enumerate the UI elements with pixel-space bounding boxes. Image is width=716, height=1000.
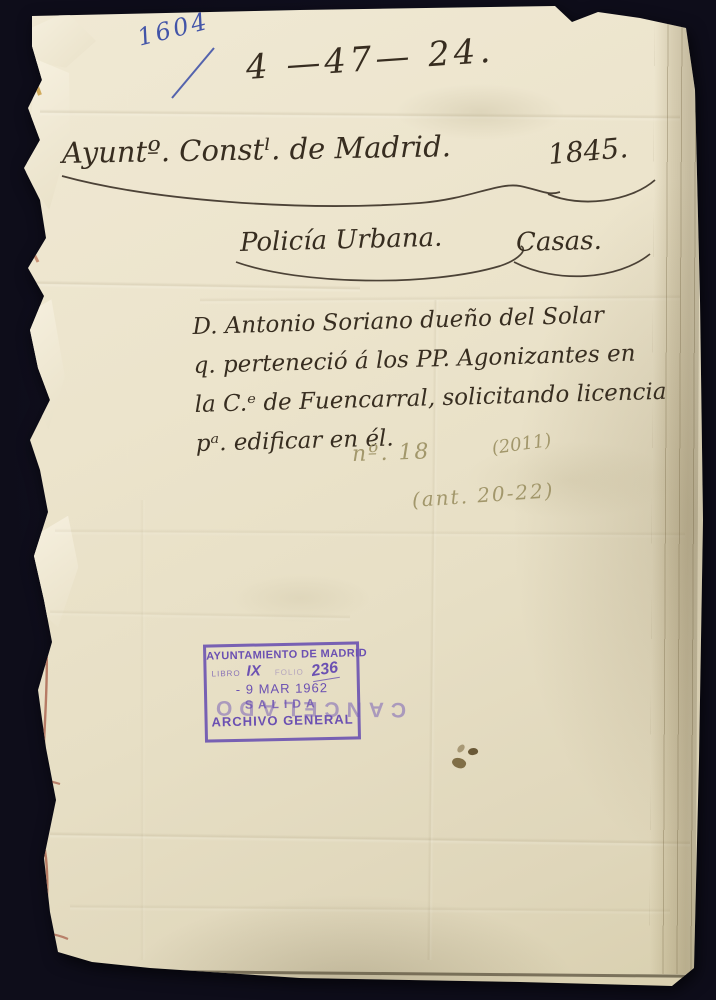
category-title: Casas. (516, 226, 603, 258)
stamp-folio-label: FOLIO (275, 668, 304, 678)
section-title: Policía Urbana. (240, 223, 443, 258)
case-description: D. Antonio Soriano dueño del Solar q. pe… (192, 295, 668, 464)
institution-title: Ayuntº. Constˡ. de Madrid. (62, 129, 452, 170)
paper-crease (40, 109, 680, 122)
stamp-libro-folio-row: LIBRO IX FOLIO 236 (206, 660, 356, 680)
torn-edge-flap (20, 299, 69, 431)
paper-crease (55, 528, 685, 538)
cancelado-stamp: CANCELADO (185, 695, 430, 722)
stamp-libro-label: LIBRO (212, 669, 241, 679)
paper-crease (30, 280, 360, 293)
paper-crease (50, 609, 350, 621)
stamp-libro-value: IX (246, 662, 261, 679)
document-year: 1845. (547, 131, 630, 171)
stamp-folio-value: 236 (310, 659, 339, 682)
paper-crease (70, 904, 670, 915)
bottom-edge-shadow (58, 969, 694, 978)
registry-stamp: AYUNTAMIENTO DE MADRID LIBRO IX FOLIO 23… (203, 641, 361, 742)
page-stack-edge (649, 18, 700, 974)
torn-edge-flap (25, 10, 98, 70)
pencil-note-number: nº. 18 (352, 439, 431, 467)
paper-crease (140, 500, 146, 960)
scanned-document-photo: 1604 4 —47— 24. Ayuntº. Constˡ. de Madri… (0, 0, 716, 1000)
